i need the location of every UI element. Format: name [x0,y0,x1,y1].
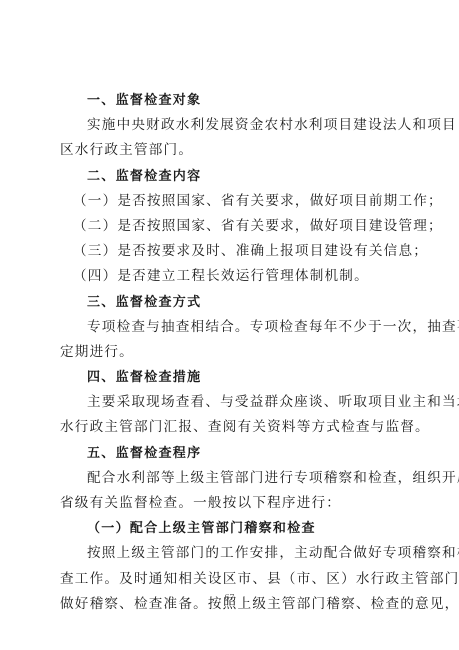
list-item: （四）是否建立工程长效运行管理体制机制。 [60,264,398,289]
paragraph-line: 实施中央财政水利发展资金农村水利项目建设法人和项目 [60,113,398,138]
document-page: 一、监督检查对象 实施中央财政水利发展资金农村水利项目建设法人和项目 区水行政主… [60,88,398,617]
paragraph-line: 查工作。及时通知相关设区市、县（市、区）水行政主管部门， [60,567,398,592]
list-item: （三）是否按要求及时、准确上报项目建设有关信息； [60,239,398,264]
paragraph-line: 省级有关监督检查。一般按以下程序进行： [60,491,398,516]
section-heading-2: 二、监督检查内容 [60,164,398,189]
subsection-heading: （一）配合上级主管部门稽察和检查 [60,516,398,541]
paragraph-line: 主要采取现场查看、与受益群众座谈、听取项目业主和当地 [60,390,398,415]
section-heading-4: 四、监督检查措施 [60,365,398,390]
section-heading-3: 三、监督检查方式 [60,290,398,315]
section-heading-1: 一、监督检查对象 [60,88,398,113]
paragraph-line: 区水行政主管部门。 [60,138,398,163]
page-number: 67 [0,593,459,602]
list-item: （一）是否按照国家、省有关要求，做好项目前期工作； [60,189,398,214]
section-heading-5: 五、监督检查程序 [60,441,398,466]
list-item: （二）是否按照国家、省有关要求，做好项目建设管理； [60,214,398,239]
paragraph-line: 定期进行。 [60,340,398,365]
paragraph-line: 按照上级主管部门的工作安排，主动配合做好专项稽察和检 [60,541,398,566]
paragraph-line: 专项检查与抽查相结合。专项检查每年不少于一次，抽查不 [60,315,398,340]
paragraph-line: 配合水利部等上级主管部门进行专项稽察和检查，组织开展 [60,466,398,491]
paragraph-line: 水行政主管部门汇报、查阅有关资料等方式检查与监督。 [60,415,398,440]
